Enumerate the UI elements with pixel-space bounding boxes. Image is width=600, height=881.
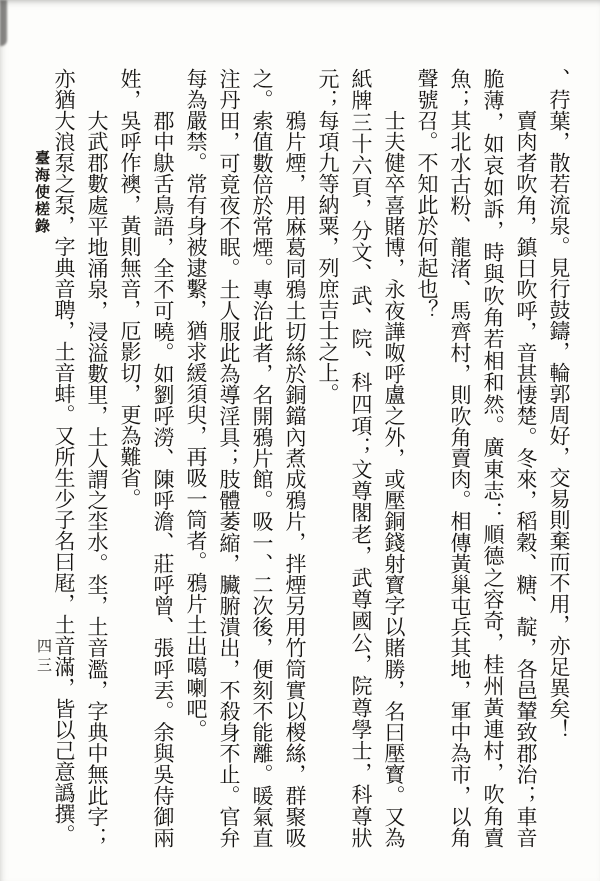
- paragraph: 大武郡數處平地涌泉，浸溢數里，土人謂之坔水。坔，土音濫，字典中無此字；亦猶大浪泵…: [47, 68, 113, 848]
- page-text: 、荇葉，散若流泉。見行鼓鑄，輪郭周好，交易則棄而不用，亦足異矣！賣肉者吹角，鎮日…: [47, 68, 575, 848]
- page-number: 四三: [33, 638, 54, 676]
- paragraph: 鴉片煙，用麻葛同鴉土切絲於銅鐺內煮成鴉片，拌煙另用竹筒實以椶絲，群聚吸之。索值數…: [179, 68, 311, 848]
- book-spine-title: 臺海使槎錄: [31, 150, 52, 235]
- paragraph: 士夫健卒喜賭博，永夜譁呶呼盧之外，或壓銅錢射寳字以賭勝，名曰壓寳。又為紙牌三十六…: [311, 68, 410, 848]
- scan-edge-smudge: [0, 0, 7, 46]
- book-page: 、荇葉，散若流泉。見行鼓鑄，輪郭周好，交易則棄而不用，亦足異矣！賣肉者吹角，鎮日…: [0, 0, 600, 881]
- paragraph: 、荇葉，散若流泉。見行鼓鑄，輪郭周好，交易則棄而不用，亦足異矣！: [542, 68, 575, 848]
- paragraph: 郡中鴃舌鳥語，全不可曉。如劉呼澇、陳呼澹、莊呼曾、張呼丟。余與吳侍御兩姓，吳呼作…: [113, 68, 179, 848]
- paragraph: 賣肉者吹角，鎮日吹呼，音甚悽楚。冬來，稻穀、糖、靛，各邑輦致郡治；車音脆薄，如哀…: [410, 68, 542, 848]
